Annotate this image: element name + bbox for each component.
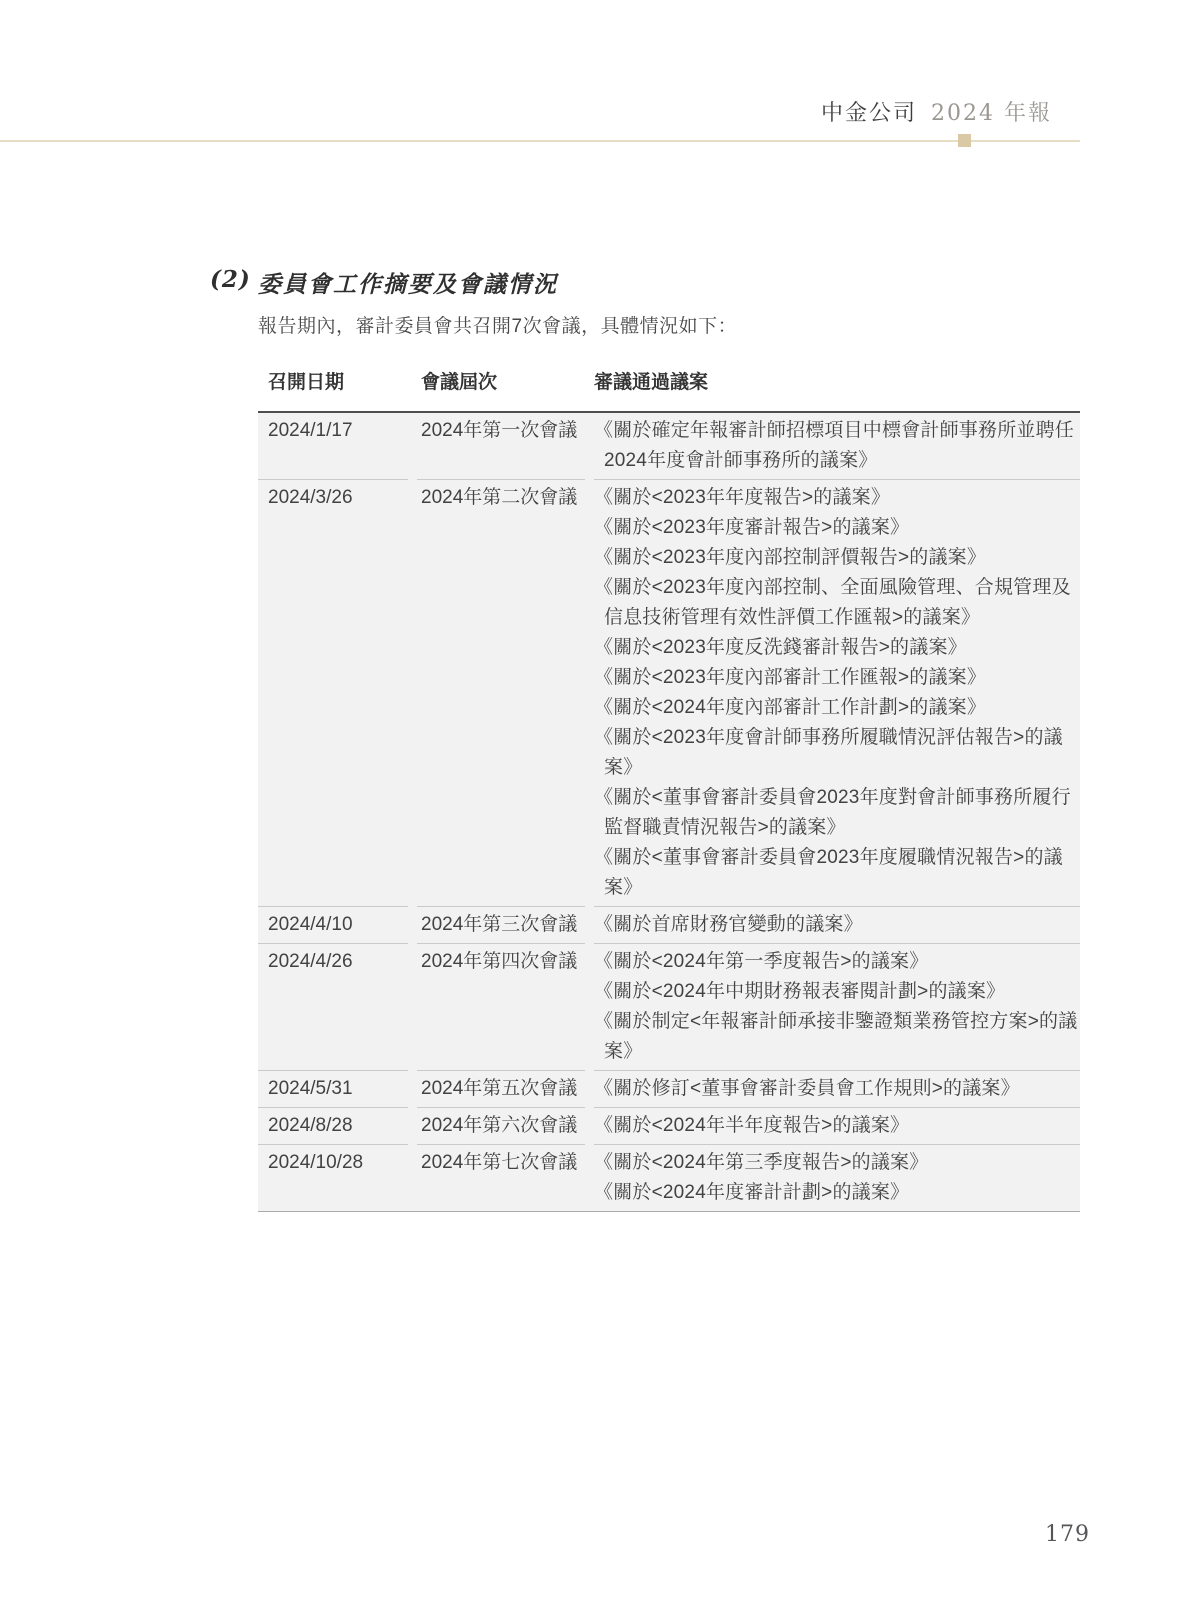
- company-name: 中金公司: [821, 101, 917, 126]
- table-row: 2024/4/10 2024年第三次會議 《關於首席財務官變動的議案》: [258, 907, 1080, 944]
- resolution-item: 《關於<2024年第三季度報告>的議案》: [594, 1148, 1080, 1178]
- resolution-item: 《關於<2023年度審計報告>的議案》: [594, 513, 1080, 543]
- section-intro-text: 報告期內，審計委員會共召開7次會議，具體情況如下：: [258, 311, 737, 338]
- table-row: 2024/8/28 2024年第六次會議 《關於<2024年半年度報告>的議案》: [258, 1108, 1080, 1145]
- resolution-item: 《關於<董事會審計委員會2023年度履職情況報告>的議案》: [594, 843, 1080, 903]
- table-row: 2024/10/28 2024年第七次會議 《關於<2024年第三季度報告>的議…: [258, 1145, 1080, 1211]
- audit-committee-meetings-table: 召開日期 會議屆次 審議通過議案 2024/1/17 2024年第一次會議 《關…: [258, 368, 1080, 1212]
- report-year-label: 2024 年報: [931, 101, 1052, 126]
- meeting-session: 2024年第五次會議: [417, 1071, 585, 1108]
- column-header-session: 會議屆次: [417, 368, 585, 398]
- meeting-date: 2024/4/26: [258, 944, 408, 1071]
- resolution-item: 《關於<2024年度內部審計工作計劃>的議案》: [594, 693, 1080, 723]
- meeting-resolutions: 《關於修訂<董事會審計委員會工作規則>的議案》: [594, 1071, 1080, 1108]
- resolution-item: 《關於制定<年報審計師承接非鑒證類業務管控方案>的議案》: [594, 1007, 1080, 1067]
- section-number: (2): [210, 266, 258, 299]
- resolution-item: 《關於<2023年度會計師事務所履職情況評估報告>的議案》: [594, 723, 1080, 783]
- header-divider-rule: [0, 140, 1080, 142]
- column-header-resolutions: 審議通過議案: [594, 368, 1080, 398]
- table-row: 2024/1/17 2024年第一次會議 《關於確定年報審計師招標項目中標會計師…: [258, 413, 1080, 480]
- table-body: 2024/1/17 2024年第一次會議 《關於確定年報審計師招標項目中標會計師…: [258, 413, 1080, 1212]
- meeting-date: 2024/1/17: [258, 413, 408, 480]
- resolution-item: 《關於<2024年度審計計劃>的議案》: [594, 1178, 1080, 1208]
- table-header-row: 召開日期 會議屆次 審議通過議案: [258, 368, 1080, 413]
- meeting-session: 2024年第三次會議: [417, 907, 585, 944]
- resolution-item: 《關於首席財務官變動的議案》: [594, 910, 1080, 940]
- page-number: 179: [1045, 1522, 1090, 1547]
- resolution-item: 《關於<董事會審計委員會2023年度對會計師事務所履行監督職責情況報告>的議案》: [594, 783, 1080, 843]
- section-title: 委員會工作摘要及會議情況: [258, 266, 558, 299]
- annual-report-page: 中金公司2024 年報 (2) 委員會工作摘要及會議情況 報告期內，審計委員會共…: [0, 0, 1190, 1615]
- meeting-date: 2024/10/28: [258, 1145, 408, 1211]
- resolution-item: 《關於<2024年半年度報告>的議案》: [594, 1111, 1080, 1141]
- meeting-resolutions: 《關於<2024年第三季度報告>的議案》《關於<2024年度審計計劃>的議案》: [594, 1145, 1080, 1211]
- meeting-resolutions: 《關於首席財務官變動的議案》: [594, 907, 1080, 944]
- resolution-item: 《關於<2024年中期財務報表審閱計劃>的議案》: [594, 977, 1080, 1007]
- table-row: 2024/3/26 2024年第二次會議 《關於<2023年年度報告>的議案》《…: [258, 480, 1080, 907]
- column-header-date: 召開日期: [258, 368, 408, 398]
- meeting-date: 2024/8/28: [258, 1108, 408, 1145]
- meeting-date: 2024/3/26: [258, 480, 408, 907]
- resolution-item: 《關於<2023年度內部控制評價報告>的議案》: [594, 543, 1080, 573]
- section-heading: (2) 委員會工作摘要及會議情況: [210, 266, 558, 299]
- resolution-item: 《關於確定年報審計師招標項目中標會計師事務所並聘任2024年度會計師事務所的議案…: [594, 416, 1080, 476]
- meeting-date: 2024/5/31: [258, 1071, 408, 1108]
- meeting-session: 2024年第二次會議: [417, 480, 585, 907]
- resolution-item: 《關於<2023年度內部控制、全面風險管理、合規管理及信息技術管理有效性評價工作…: [594, 573, 1080, 633]
- meeting-session: 2024年第一次會議: [417, 413, 585, 480]
- meeting-session: 2024年第四次會議: [417, 944, 585, 1071]
- resolution-item: 《關於修訂<董事會審計委員會工作規則>的議案》: [594, 1074, 1080, 1104]
- meeting-session: 2024年第七次會議: [417, 1145, 585, 1211]
- meeting-session: 2024年第六次會議: [417, 1108, 585, 1145]
- meeting-resolutions: 《關於<2024年半年度報告>的議案》: [594, 1108, 1080, 1145]
- resolution-item: 《關於<2023年年度報告>的議案》: [594, 483, 1080, 513]
- meeting-resolutions: 《關於<2024年第一季度報告>的議案》《關於<2024年中期財務報表審閱計劃>…: [594, 944, 1080, 1071]
- report-header: 中金公司2024 年報: [821, 96, 1052, 127]
- table-row: 2024/5/31 2024年第五次會議 《關於修訂<董事會審計委員會工作規則>…: [258, 1071, 1080, 1108]
- resolution-item: 《關於<2023年度反洗錢審計報告>的議案》: [594, 633, 1080, 663]
- meeting-resolutions: 《關於確定年報審計師招標項目中標會計師事務所並聘任2024年度會計師事務所的議案…: [594, 413, 1080, 480]
- meeting-resolutions: 《關於<2023年年度報告>的議案》《關於<2023年度審計報告>的議案》《關於…: [594, 480, 1080, 907]
- meeting-date: 2024/4/10: [258, 907, 408, 944]
- table-row: 2024/4/26 2024年第四次會議 《關於<2024年第一季度報告>的議案…: [258, 944, 1080, 1071]
- header-rule-square-marker: [958, 134, 971, 147]
- resolution-item: 《關於<2024年第一季度報告>的議案》: [594, 947, 1080, 977]
- resolution-item: 《關於<2023年度內部審計工作匯報>的議案》: [594, 663, 1080, 693]
